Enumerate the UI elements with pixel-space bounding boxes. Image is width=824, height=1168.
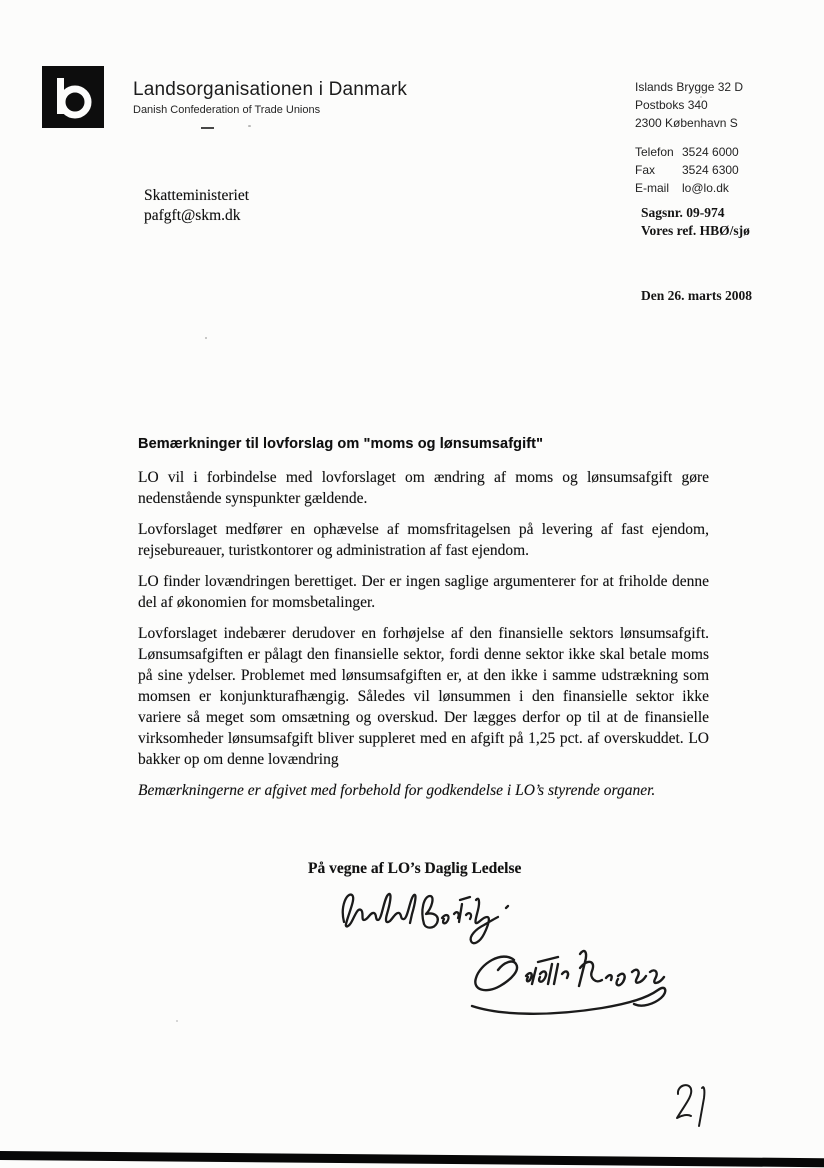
signature-lizette-risgaard [462, 940, 677, 1020]
contact-value: 3524 6000 [682, 143, 739, 161]
lo-logo-icon [42, 66, 104, 128]
recipient-email: pafgft@skm.dk [144, 206, 249, 226]
letterhead-dash [201, 127, 214, 129]
contact-label: Telefon [635, 143, 682, 161]
org-name: Landsorganisationen i Danmark [133, 79, 407, 101]
contact-label: Fax [635, 161, 682, 179]
reservation-note: Bemærkningerne er afgivet med forbehold … [138, 780, 709, 801]
paragraph: LO vil i forbindelse med lovforslaget om… [138, 467, 709, 509]
subject-line: Bemærkninger til lovforslag om "moms og … [138, 434, 709, 455]
paragraph: Lovforslaget indebærer derudover en forh… [138, 623, 709, 770]
signature-harald-boersting [316, 886, 521, 948]
paragraph: Lovforslaget medfører en ophævelse af mo… [138, 519, 709, 561]
scan-speck [176, 1020, 178, 1022]
case-number: Sagsnr. 09-974 [641, 204, 750, 222]
signoff-line: På vegne af LO’s Daglig Ledelse [308, 860, 521, 878]
paragraph: LO finder lovændringen berettiget. Der e… [138, 571, 709, 613]
handwritten-page-number [668, 1080, 716, 1132]
scanned-letter-page: Landsorganisationen i Danmark Danish Con… [0, 0, 824, 1168]
address-line: Postboks 340 [635, 96, 743, 114]
contact-value: 3524 6300 [682, 161, 739, 179]
letter-date: Den 26. marts 2008 [641, 288, 752, 304]
scan-speck [205, 337, 207, 339]
case-meta-block: Sagsnr. 09-974 Vores ref. HBØ/sjø [641, 204, 750, 240]
org-subtitle: Danish Confederation of Trade Unions [133, 104, 320, 116]
contact-row-phone: Telefon 3524 6000 [635, 143, 743, 161]
scan-speck [700, 96, 702, 98]
letterhead-address-block: Islands Brygge 32 D Postboks 340 2300 Kø… [635, 78, 743, 197]
contact-rows: Telefon 3524 6000 Fax 3524 6300 E-mail l… [635, 143, 743, 197]
recipient-block: Skatteministeriet pafgft@skm.dk [144, 186, 249, 226]
recipient-name: Skatteministeriet [144, 186, 249, 206]
contact-row-email: E-mail lo@lo.dk [635, 179, 743, 197]
contact-label: E-mail [635, 179, 682, 197]
scan-speck [248, 125, 251, 127]
our-reference: Vores ref. HBØ/sjø [641, 222, 750, 240]
address-line: Islands Brygge 32 D [635, 78, 743, 96]
letter-body: Bemærkninger til lovforslag om "moms og … [138, 434, 709, 801]
scan-artifact-bar [0, 1151, 824, 1167]
contact-row-fax: Fax 3524 6300 [635, 161, 743, 179]
contact-value: lo@lo.dk [682, 179, 729, 197]
address-line: 2300 København S [635, 114, 743, 132]
